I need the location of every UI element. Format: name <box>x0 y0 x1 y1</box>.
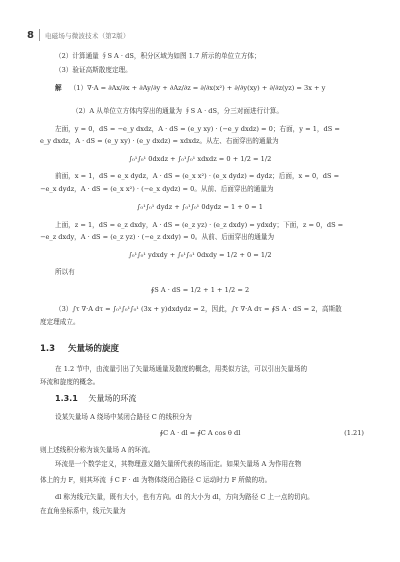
front-back-text-2: −e_x dydz，A · dS = (e_x x²) · (−e_x dydz… <box>40 185 364 194</box>
top-bottom-text-2: −e_z dxdy，A · dS = (e_z yz) · (−e_z dxdy… <box>40 233 364 242</box>
solution-part-3-line-2: 度定理成立。 <box>40 318 364 327</box>
circulation-definition-intro: 设某矢量场 A 绕场中某闭合路径 C 的线积分为 <box>55 413 364 422</box>
line-element-line-2: 在直角坐标系中，线元矢量为 <box>40 507 364 516</box>
problem-item-3: （3）验证高斯散度定理。 <box>55 66 364 75</box>
left-right-flux-equation: ∫₀¹∫₀¹ 0dxdz + ∫₀¹∫₀¹ xdxdz = 0 + 1/2 = … <box>0 155 400 164</box>
solution-part-3-line-1: （3）∫τ ∇·A dτ = ∫₀¹∫₀¹∫₀¹ (3x + y)dxdydz … <box>55 305 364 314</box>
textbook-page: 8 电磁场与微波技术（第2版） （2）计算通量 ∮S A · dS，积分区域为如… <box>0 0 400 562</box>
equation-1-21: ∮C A · dl = ∮C A cos θ dl <box>0 429 400 438</box>
solution-part-1: 解 （1）∇·A = ∂Ax/∂x + ∂Ay/∂y + ∂Az/∂z = ∂/… <box>55 84 364 93</box>
subsection-heading: 1.3.1 矢量场的环流 <box>55 393 136 404</box>
solution-part-2-intro: （2）A 从单位立方体内穿出的通量为 ∮S A · dS，分三对面进行计算。 <box>72 107 364 116</box>
section-intro-line-1: 在 1.2 节中，由流量引出了矢量场通量及散度的概念，用类似方法，可以引出矢量场… <box>55 365 364 374</box>
section-heading: 1.3 矢量场的旋度 <box>40 342 119 354</box>
total-flux-equation: ∮S A · dS = 1/2 + 1 + 1/2 = 2 <box>0 286 400 295</box>
left-right-text-1: 左面，y = 0，dS = −e_y dxdz，A · dS = (e_y xy… <box>55 125 364 134</box>
circulation-definition: 则上述线积分称为该矢量场 A 的环流。 <box>40 446 364 455</box>
solution-label: 解 <box>55 84 62 92</box>
section-title: 矢量场的旋度 <box>68 344 119 354</box>
front-back-text-1: 前面，x = 1，dS = e_x dydz，A · dS = (e_x x²)… <box>55 172 364 181</box>
subsection-number: 1.3.1 <box>55 394 78 403</box>
header-divider <box>39 29 40 41</box>
therefore-text: 所以有 <box>55 268 364 277</box>
book-title: 电磁场与微波技术（第2版） <box>45 31 130 40</box>
line-element-line-1: dl 称为线元矢量，既有大小，也有方向。dl 的大小为 dl，方向为路径 C 上… <box>55 493 364 502</box>
top-bottom-text-1: 上面，z = 1，dS = e_z dxdy，A · dS = (e_z yz)… <box>55 221 364 230</box>
problem-item-2: （2）计算通量 ∮S A · dS，积分区域为如图 1.7 所示的单位立方体； <box>55 52 364 61</box>
section-intro-line-2: 环流和旋度的概念。 <box>40 378 364 387</box>
top-bottom-flux-equation: ∫₀¹∫₀¹ ydxdy + ∫₀¹∫₀¹ 0dxdy = 1/2 + 0 = … <box>0 251 400 260</box>
equation-number: (1.21) <box>344 429 364 438</box>
section-number: 1.3 <box>40 344 55 354</box>
subsection-title: 矢量场的环流 <box>88 394 136 403</box>
page-number: 8 <box>27 30 39 41</box>
front-back-flux-equation: ∫₀¹∫₀¹ dydz + ∫₀¹∫₀¹ 0dydz = 1 + 0 = 1 <box>0 203 400 212</box>
circulation-meaning-line-1: 环流是一个数学定义，其物理意义随矢量所代表的场而定。如果矢量场 A 为作用在物 <box>55 460 364 469</box>
left-right-text-2: e_y dxdz，A · dS = (e_y xy) · (e_y dxdz) … <box>40 137 364 146</box>
circulation-meaning-line-2: 体上的力 F，则其环流 ∮C F · dl 为物体绕闭合路径 C 运动时力 F … <box>40 476 364 485</box>
running-header: 8 电磁场与微波技术（第2版） <box>27 29 130 41</box>
divergence-equation: （1）∇·A = ∂Ax/∂x + ∂Ay/∂y + ∂Az/∂z = ∂/∂x… <box>70 84 326 92</box>
